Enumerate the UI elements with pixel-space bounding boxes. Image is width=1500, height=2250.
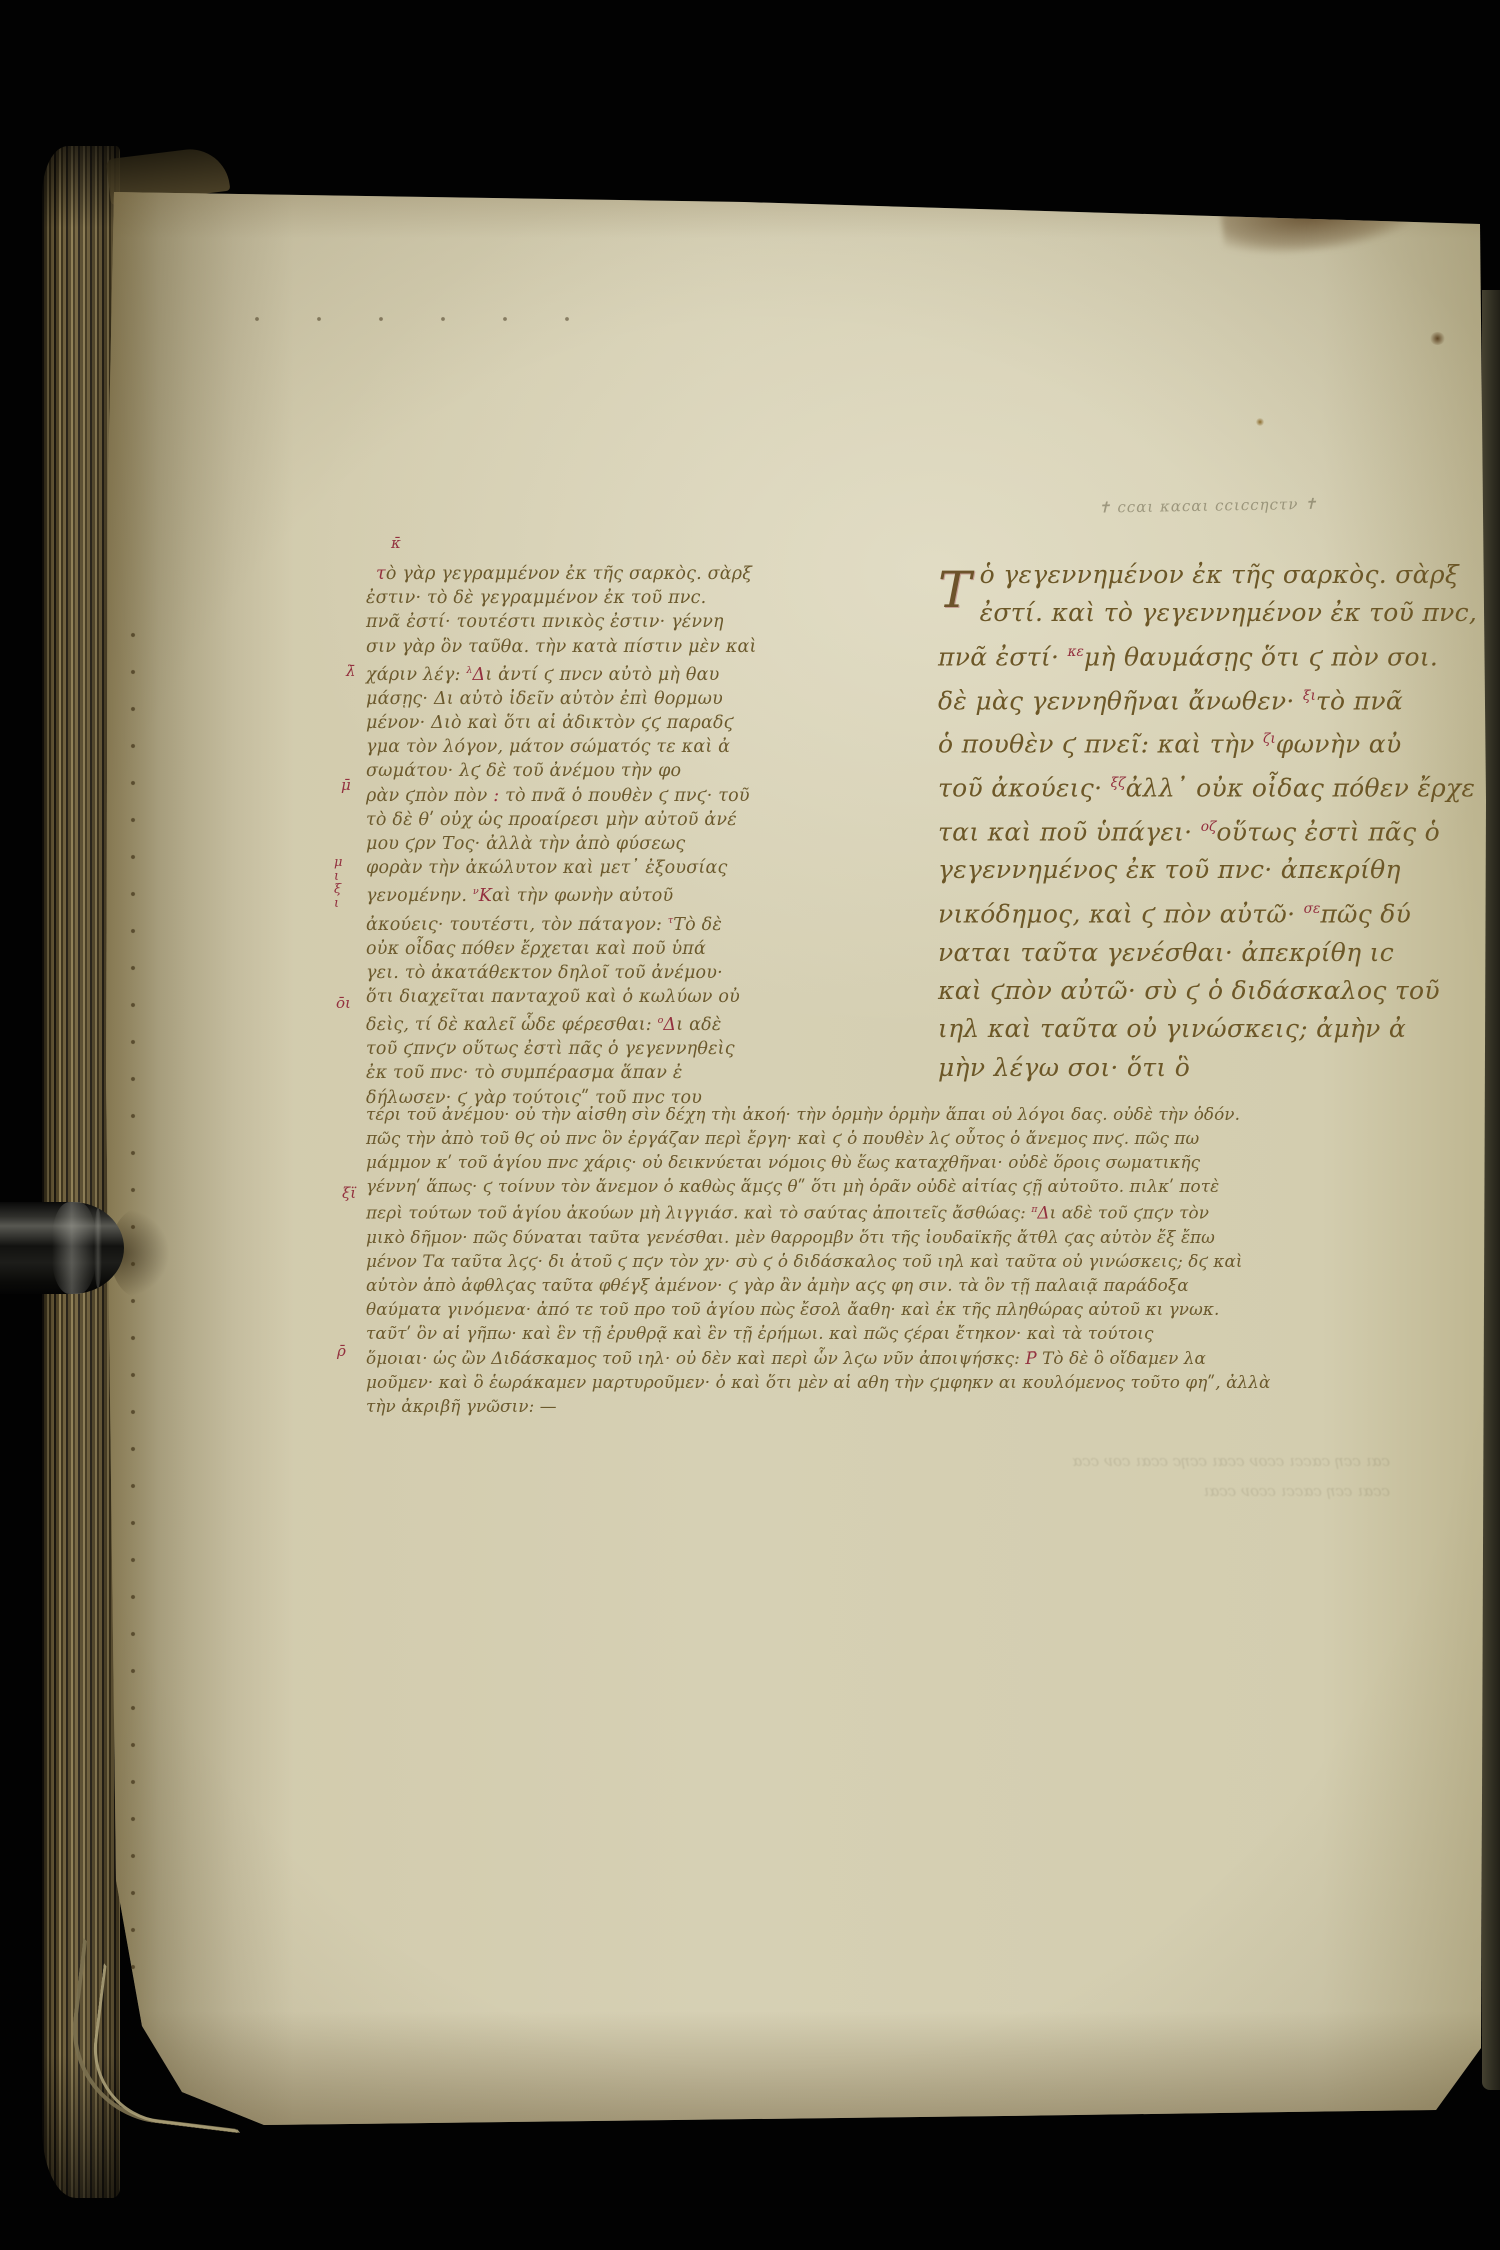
- text-segment: νικόδημος, καὶ ϛ πὸν αὐτῶ·: [938, 899, 1304, 928]
- pricking-holes-row: [254, 316, 584, 322]
- manuscript-line: καὶ ϛπὸν αὐτῶ· σὺ ϛ ὁ διδάσκαλος τοῦ: [938, 972, 1424, 1010]
- manuscript-line: μένον· Διὸ καὶ ὅτι αἱ ἀδικτὸν ϛϛ παραδϛ: [366, 711, 770, 735]
- text-segment: πῶς δύ: [1320, 899, 1411, 928]
- text-segment: ὁ γεγεννημένον ἐκ τῆς σαρκὸς. σὰρξ: [980, 560, 1459, 589]
- manuscript-line: τὴν ἀκριβῆ γνῶσιν: —: [366, 1394, 1406, 1418]
- text-segment: τὸ πνᾶ: [1316, 686, 1403, 715]
- manuscript-line: ὅτι διαχεῖται πανταχοῦ καὶ ὁ κωλύων οὐ: [366, 985, 770, 1009]
- margin-rubric: ξϊ: [342, 1186, 356, 1201]
- rubric-segment: :: [487, 786, 505, 806]
- margin-rubric: μ̄: [341, 778, 351, 793]
- manuscript-line: γμα τὸν λόγον, μάτον σώματός τε καὶ ἀ: [366, 735, 770, 759]
- text-segment: μάσῃς· Δι αὐτὸ ἰδεῖν αὐτὸν ἐπὶ θορμωυ: [366, 689, 723, 709]
- text-segment: φωνὴν αὐ: [1276, 730, 1402, 759]
- text-segment: μένον· Διὸ καὶ ὅτι αἱ ἀδικτὸν ϛϛ παραδϛ: [366, 713, 734, 733]
- text-segment: μένον Τα ταῦτα λϛϛ· δι ἀτοῦ ϛ πϛν τὸν χν…: [366, 1251, 1243, 1271]
- manuscript-line: οὐκ οἶδας πόθεν ἔρχεται καὶ ποῦ ὑπά: [366, 937, 770, 961]
- rubric-segment: ζι: [1263, 731, 1276, 747]
- margin-rubric: ο̄ι: [336, 996, 351, 1011]
- manuscript-line: περὶ τούτων τοῦ ἁγίου ἀκούων μὴ λιγγιάσ.…: [366, 1198, 1406, 1225]
- manuscript-line: σιν γὰρ ὃν ταῦθα. τὴν κατὰ πίστιν μὲν κα…: [366, 635, 770, 659]
- text-segment: ιηλ καὶ ταῦτα οὐ γινώσκεις; ἀμὴν ἀ: [938, 1014, 1406, 1043]
- manuscript-line: φορὰν τὴν ἀκώλυτον καὶ μετ᾽ ἐξουσίας: [366, 856, 770, 880]
- text-segment: πνᾶ ἐστί· τουτέστι πνικὸς ἐστιν· γέννη: [366, 612, 724, 632]
- margin-rubric: κ̄: [391, 536, 401, 551]
- text-segment: πῶς τὴν ἀπὸ τοῦ θϛ οὐ πνϲ ὃν ἐργάζαν περ…: [366, 1128, 1199, 1148]
- text-segment: σιν γὰρ ὃν ταῦθα. τὴν κατὰ πίστιν μὲν κα…: [366, 637, 757, 657]
- text-segment: ἀκούεις· τουτέστι, τὸν πάταγον:: [366, 914, 668, 934]
- rubric-segment: Δ: [1037, 1203, 1049, 1223]
- text-segment: γενομένην.: [366, 886, 473, 906]
- pricking-holes-column: [130, 632, 136, 2062]
- manuscript-line: μου ϛρν Τος· ἀλλὰ τὴν ἀπὸ φύσεως: [366, 832, 770, 856]
- text-segment: Τὸ δὲ: [673, 914, 722, 934]
- rubric-segment: ξζ: [1111, 775, 1126, 791]
- rubric-segment: Κ: [479, 886, 492, 906]
- text-segment: δὲ μὰς γεννηθῆναι ἄνωθεν·: [938, 686, 1303, 715]
- text-segment: δεὶς, τί δὲ καλεῖ ὧδε φέρεσθαι:: [366, 1015, 658, 1035]
- manuscript-line: ὁ γεγεννημένον ἐκ τῆς σαρκὸς. σὰρξ: [938, 556, 1424, 594]
- manuscript-line: ἀκούεις· τουτέστι, τὸν πάταγον: τΤὸ δὲ: [366, 909, 770, 937]
- manuscript-line: αὐτὸν ἀπὸ ἀφθλϛας ταῦτα φθέγξ ἀμένον· ϛ …: [366, 1273, 1406, 1297]
- page-weight-rod: [0, 1202, 124, 1294]
- manuscript-line: ταῦτʹ ὃν αἱ γῆπω· καὶ ἓν τῇ ἐρυθρᾷ καὶ ἓ…: [366, 1321, 1406, 1345]
- manuscript-line: πῶς τὴν ἀπὸ τοῦ θϛ οὐ πνϲ ὃν ἐργάζαν περ…: [366, 1126, 1406, 1150]
- manuscript-line: πνᾶ ἐστί· κεμὴ θαυμάσῃς ὅτι ϛ πὸν σοι.: [938, 633, 1424, 677]
- manuscript-line: χάριν λέγ: λΔι ἀντί ϛ πνϲν αὐτὸ μὴ θαυ: [366, 659, 770, 687]
- manuscript-line: νικόδημος, καὶ ϛ πὸν αὐτῶ· σεπῶς δύ: [938, 890, 1424, 934]
- rod-tip-highlight: [94, 1208, 102, 1288]
- manuscript-line: πνᾶ ἐστί· τουτέστι πνικὸς ἐστιν· γέννη: [366, 610, 770, 634]
- text-segment: μὴ θαυμάσῃς ὅτι ϛ πὸν σοι.: [1084, 642, 1438, 671]
- rubric-segment: οζ: [1201, 819, 1217, 835]
- text-segment: γέννηʹ ἅπως· ϛ τοίνυν τὸν ἄνεμον ὁ καθὼς…: [366, 1176, 1219, 1196]
- text-segment: χάριν λέγ:: [366, 665, 466, 685]
- text-segment: τοῦ ϛπνϛν οὕτως ἐστὶ πᾶς ὁ γεγεννηθεὶς: [366, 1039, 735, 1059]
- manuscript-line: μικὸ δῆμον· πῶς δύναται ταῦτα γενέσθαι. …: [366, 1225, 1406, 1249]
- text-segment: ὅτι διαχεῖται πανταχοῦ καὶ ὁ κωλύων οὐ: [366, 987, 740, 1007]
- manuscript-line: ἐκ τοῦ πνϲ· τὸ συμπέρασμα ἅπαν ἐ: [366, 1061, 770, 1085]
- right-text-column: Τ ὁ γεγεννημένον ἐκ τῆς σαρκὸς. σὰρξἐστί…: [938, 556, 1424, 1087]
- text-segment: ται καὶ ποῦ ὑπάγει·: [938, 817, 1201, 846]
- text-segment: ταῦτʹ ὃν αἱ γῆπω· καὶ ἓν τῇ ἐρυθρᾷ καὶ ἓ…: [366, 1323, 1153, 1343]
- rubric-segment: κε: [1067, 644, 1083, 660]
- next-page-sliver: [1482, 290, 1500, 2090]
- text-segment: φορὰν τὴν ἀκώλυτον καὶ μετ᾽ ἐξουσίας: [366, 858, 727, 878]
- ink-speck: [1430, 332, 1445, 345]
- manuscript-line: τοῦ ϛπνϛν οὕτως ἐστὶ πᾶς ὁ γεγεννηθεὶς: [366, 1037, 770, 1061]
- text-segment: αὶ τὴν φωνὴν αὐτοῦ: [492, 886, 673, 906]
- rubric-segment: ξι: [1303, 688, 1316, 704]
- manuscript-line: ται καὶ ποῦ ὑπάγει· οζοὕτως ἐστὶ πᾶς ὁ: [938, 808, 1424, 852]
- text-segment: Τὸ δὲ ὃ οἴδαμεν λα: [1042, 1348, 1206, 1368]
- text-segment: ὁ πουθὲν ϛ πνεῖ: καὶ τὴν: [938, 730, 1263, 759]
- text-segment: οὐκ οἶδας πόθεν ἔρχεται καὶ ποῦ ὑπά: [366, 939, 706, 959]
- text-segment: οὕτως ἐστὶ πᾶς ὁ: [1216, 817, 1440, 846]
- manuscript-line: γεγεννημένος ἐκ τοῦ πνϲ· ἀπεκρίθη: [938, 851, 1424, 889]
- text-segment: ἐστιν· τὸ δὲ γεγραμμένον ἐκ τοῦ πνϲ.: [366, 588, 706, 608]
- text-segment: ναται ταῦτα γενέσθαι· ἀπεκρίθη ιϲ: [938, 938, 1394, 967]
- text-segment: ι ἀντί ϛ πνϲν αὐτὸ μὴ θαυ: [485, 665, 719, 685]
- text-segment: γμα τὸν λόγον, μάτον σώματός τε καὶ ἀ: [366, 737, 730, 757]
- top-edge-stain: [1219, 178, 1424, 261]
- manuscript-line: δεὶς, τί δὲ καλεῖ ὧδε φέρεσθαι: οΔι αδὲ: [366, 1009, 770, 1037]
- left-text-column: τὸ γὰρ γεγραμμένον ἐκ τῆς σαρκὸς. σὰρξἐσ…: [366, 562, 770, 1110]
- rod-highlight: [52, 1202, 96, 1294]
- manuscript-line: τοῦ ἀκούεις· ξζἀλλ᾽ οὐκ οἶδας πόθεν ἔρχε: [938, 764, 1424, 808]
- manuscript-line: μάμμον κʹ τοῦ ἁγίου πνϲ χάρις· οὐ δεικνύ…: [366, 1150, 1406, 1174]
- text-segment: σωμάτου· λϛ δὲ τοῦ ἀνέμου τὴν φο: [366, 761, 681, 781]
- lower-commentary-block: τέρι τοῦ ἀνέμου· οὐ τὴν αἰσθη σὶν δέχη τ…: [366, 1102, 1406, 1418]
- margin-rubric: λ̄: [346, 664, 356, 679]
- text-segment: ὸ γὰρ γεγραμμένον ἐκ τῆς σαρκὸς. σὰρξ: [386, 564, 752, 584]
- text-segment: τὴν ἀκριβῆ γνῶσιν: —: [366, 1396, 557, 1416]
- rubric-segment: Ρ̄: [1025, 1348, 1042, 1368]
- text-segment: αὐτὸν ἀπὸ ἀφθλϛας ταῦτα φθέγξ ἀμένον· ϛ …: [366, 1275, 1189, 1295]
- text-segment: πνᾶ ἐστί·: [938, 642, 1067, 671]
- manuscript-line: τὸ δὲ θʹ οὐχ ὡς προαίρεσι μὴν αὐτοῦ ἀνέ: [366, 808, 770, 832]
- text-segment: ἀλλ᾽ οὐκ οἶδας πόθεν ἔρχε: [1126, 773, 1476, 802]
- text-segment: καὶ ϛπὸν αὐτῶ· σὺ ϛ ὁ διδάσκαλος τοῦ: [938, 976, 1440, 1005]
- manuscript-line: μὴν λέγω σοι· ὅτι ὃ: [938, 1049, 1424, 1087]
- manuscript-line: γενομένην. νΚαὶ τὴν φωνὴν αὐτοῦ: [366, 880, 770, 908]
- margin-rubric-stack: μ ι ξ ι: [334, 856, 342, 910]
- manuscript-line: μοῦμεν· καὶ ὃ ἑωράκαμεν μαρτυροῦμεν· ὁ κ…: [366, 1370, 1406, 1394]
- text-segment: τοῦ ἀκούεις·: [938, 773, 1111, 802]
- manuscript-line: ἐστιν· τὸ δὲ γεγραμμένον ἐκ τοῦ πνϲ.: [366, 586, 770, 610]
- manuscript-photo: ✝ ϲϲαι καϲαι ϲϲιϲϲηϲτν ✝ τὸ γὰρ γεγραμμέ…: [0, 0, 1500, 2250]
- manuscript-line: μάσῃς· Δι αὐτὸ ἰδεῖν αὐτὸν ἐπὶ θορμωυ: [366, 687, 770, 711]
- show-through-text: ϲϲαι ϲϲη ϲαϲϲι ϲϲον ϲϲαι: [880, 1482, 1390, 1500]
- manuscript-line: μένον Τα ταῦτα λϛϛ· δι ἀτοῦ ϛ πϛν τὸν χν…: [366, 1249, 1406, 1273]
- text-segment: ἐστί. καὶ τὸ γεγεννημένον ἐκ τοῦ πνϲ,: [980, 598, 1477, 627]
- ink-speck: [1256, 418, 1264, 426]
- text-segment: ρὰν ϛπὸν πὸν: [366, 786, 487, 806]
- manuscript-line: δὲ μὰς γεννηθῆναι ἄνωθεν· ξιτὸ πνᾶ: [938, 677, 1424, 721]
- manuscript-line: τέρι τοῦ ἀνέμου· οὐ τὴν αἰσθη σὶν δέχη τ…: [366, 1102, 1406, 1126]
- margin-rubric: ρ̄: [337, 1344, 346, 1359]
- corner-thread-fray: [1450, 198, 1496, 228]
- text-segment: ι αδὲ: [676, 1015, 721, 1035]
- rubric-segment: Δ: [663, 1015, 676, 1035]
- manuscript-line: ιηλ καὶ ταῦτα οὐ γινώσκεις; ἀμὴν ἀ: [938, 1010, 1424, 1048]
- text-segment: τὸ δὲ θʹ οὐχ ὡς προαίρεσι μὴν αὐτοῦ ἀνέ: [366, 810, 737, 830]
- text-segment: θαύματα γινόμενα· ἀπό τε τοῦ προ τοῦ ἁγί…: [366, 1299, 1219, 1319]
- text-segment: μὴν λέγω σοι· ὅτι ὃ: [938, 1053, 1190, 1082]
- text-segment: περὶ τούτων τοῦ ἁγίου ἀκούων μὴ λιγγιάσ.…: [366, 1203, 1031, 1223]
- text-segment: τέρι τοῦ ἀνέμου· οὐ τὴν αἰσθη σὶν δέχη τ…: [366, 1104, 1240, 1124]
- manuscript-line: τὸ γὰρ γεγραμμένον ἐκ τῆς σαρκὸς. σὰρξ: [366, 562, 770, 586]
- text-segment: γεγεννημένος ἐκ τοῦ πνϲ· ἀπεκρίθη: [938, 855, 1401, 884]
- manuscript-line: ρὰν ϛπὸν πὸν : τὸ πνᾶ ὁ πουθὲν ϛ πνϛ· το…: [366, 784, 770, 808]
- manuscript-line: ὁ πουθὲν ϛ πνεῖ: καὶ τὴν ζιφωνὴν αὐ: [938, 720, 1424, 764]
- text-segment: μοῦμεν· καὶ ὃ ἑωράκαμεν μαρτυροῦμεν· ὁ κ…: [366, 1372, 1270, 1392]
- right-column-lines: ὁ γεγεννημένον ἐκ τῆς σαρκὸς. σὰρξἐστί. …: [938, 556, 1424, 1087]
- rubricated-initial: Τ: [938, 558, 972, 622]
- manuscript-line: σωμάτου· λϛ δὲ τοῦ ἀνέμου τὴν φο: [366, 759, 770, 783]
- text-segment: ι αδὲ τοῦ ϛπϛν τὸν: [1050, 1203, 1209, 1223]
- manuscript-line: γει. τὸ ἀκατάθεκτον δηλοῖ τοῦ ἀνέμου·: [366, 961, 770, 985]
- rubric-segment: τ: [376, 564, 386, 584]
- text-segment: μικὸ δῆμον· πῶς δύναται ταῦτα γενέσθαι. …: [366, 1227, 1215, 1247]
- manuscript-line: θαύματα γινόμενα· ἀπό τε τοῦ προ τοῦ ἁγί…: [366, 1297, 1406, 1321]
- manuscript-line: ναται ταῦτα γενέσθαι· ἀπεκρίθη ιϲ: [938, 934, 1424, 972]
- text-segment: μου ϛρν Τος· ἀλλὰ τὴν ἀπὸ φύσεως: [366, 834, 685, 854]
- manuscript-line: ἐστί. καὶ τὸ γεγεννημένον ἐκ τοῦ πνϲ,: [938, 594, 1424, 632]
- manuscript-line: ὅμοιαι· ὡς ὢν Διδάσκαμος τοῦ ιηλ· οὐ δὲν…: [366, 1346, 1406, 1370]
- text-segment: τὸ πνᾶ ὁ πουθὲν ϛ πνϛ· τοῦ: [505, 786, 750, 806]
- rubric-segment: σε: [1304, 901, 1321, 917]
- show-through-text: ϲαι ϲϲη ϲαϲϲι ϲϲον ϲϲαι ϲϲηϲ ϲϲαι ϲον ϲϲ…: [560, 1452, 1390, 1470]
- manuscript-line: γέννηʹ ἅπως· ϛ τοίνυν τὸν ἄνεμον ὁ καθὼς…: [366, 1174, 1406, 1198]
- rubric-segment: Δ: [472, 665, 485, 685]
- text-segment: ἐκ τοῦ πνϲ· τὸ συμπέρασμα ἅπαν ἐ: [366, 1063, 682, 1083]
- text-segment: μάμμον κʹ τοῦ ἁγίου πνϲ χάρις· οὐ δεικνύ…: [366, 1152, 1200, 1172]
- text-segment: γει. τὸ ἀκατάθεκτον δηλοῖ τοῦ ἀνέμου·: [366, 963, 723, 983]
- text-segment: ὅμοιαι· ὡς ὢν Διδάσκαμος τοῦ ιηλ· οὐ δὲν…: [366, 1348, 1025, 1368]
